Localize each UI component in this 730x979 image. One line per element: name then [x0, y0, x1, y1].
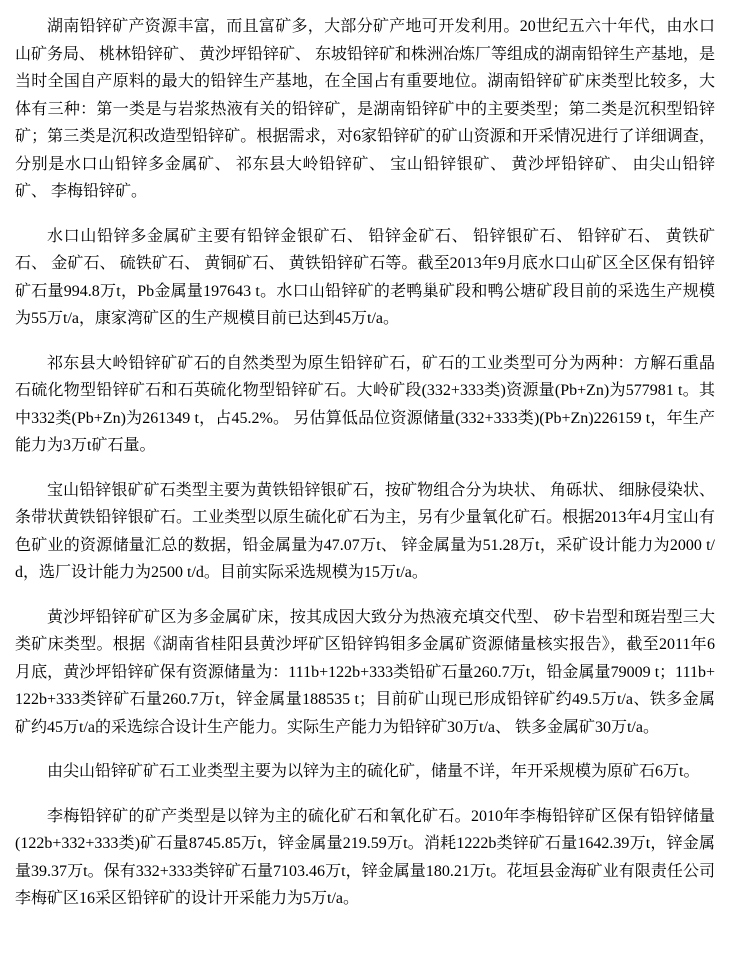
paragraph-huangshaping-mine: 黄沙坪铅锌矿矿区为多金属矿床，按其成因大致分为热液充填交代型、 矽卡岩型和斑岩型… [15, 604, 715, 742]
document-page: 湖南铅锌矿产资源丰富，而且富矿多，大部分矿产地可开发利用。20世纪五六十年代，由… [0, 0, 730, 979]
paragraph-shuikoushan-mine: 水口山铅锌多金属矿主要有铅锌金银矿石、 铅锌金矿石、 铅锌银矿石、 铅锌矿石、 … [15, 223, 715, 333]
paragraph-qidong-daling-mine: 祁东县大岭铅锌矿矿石的自然类型为原生铅锌矿石，矿石的工业类型可分为两种：方解石重… [15, 350, 715, 460]
paragraph-baoshan-mine: 宝山铅锌银矿矿石类型主要为黄铁铅锌银矿石，按矿物组合分为块状、 角砾状、 细脉侵… [15, 477, 715, 587]
paragraph-youjianshan-mine: 由尖山铅锌矿矿石工业类型主要为以锌为主的硫化矿，储量不详，年开采规模为原矿石6万… [15, 758, 715, 786]
paragraph-limei-mine: 李梅铅锌矿的矿产类型是以锌为主的硫化矿石和氧化矿石。2010年李梅铅锌矿区保有铅… [15, 803, 715, 913]
paragraph-intro-hunan-overview: 湖南铅锌矿产资源丰富，而且富矿多，大部分矿产地可开发利用。20世纪五六十年代，由… [15, 13, 715, 206]
